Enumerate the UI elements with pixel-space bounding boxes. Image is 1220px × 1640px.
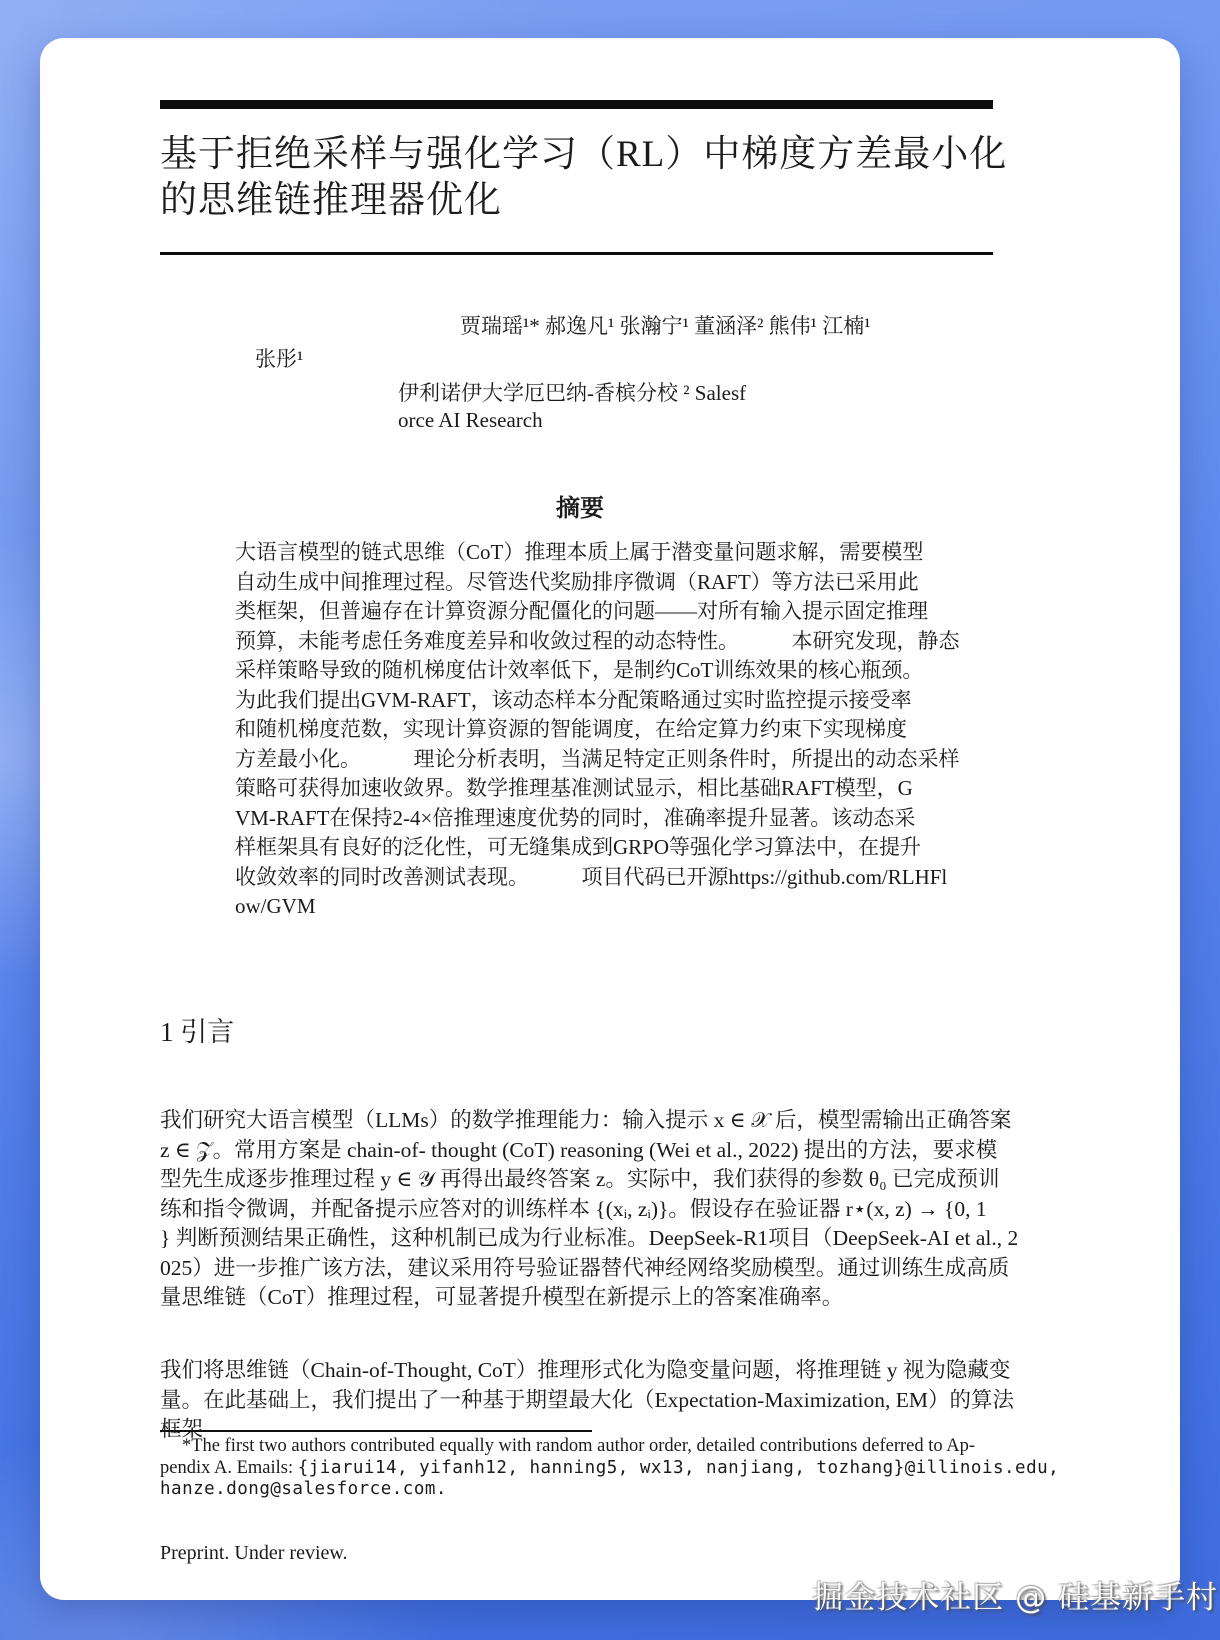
paper-page: 基于拒绝采样与强化学习（RL）中梯度方差最小化 的思维链推理器优化 贾瑞瑶¹* …: [40, 38, 1180, 1600]
intro-paragraph-line: 练和指令微调，并配备提示应答对的训练样本 {(xᵢ, zᵢ)}。假设存在验证器 …: [160, 1195, 1040, 1225]
intro-paragraph-1: 我们研究大语言模型（LLMs）的数学推理能力：输入提示 x ∈ 𝒳 后，模型需输…: [160, 1106, 1040, 1313]
footnote-rule: [160, 1430, 592, 1432]
intro-paragraph-line: 025）进一步推广该方法，建议采用符号验证器替代神经网络奖励模型。通过训练生成高…: [160, 1254, 1040, 1284]
abstract-line: 大语言模型的链式思维（CoT）推理本质上属于潜变量问题求解，需要模型: [235, 538, 935, 568]
title-rule-bottom: [160, 252, 993, 255]
intro-paragraph-line: 量。在此基础上，我们提出了一种基于期望最大化（Expectation-Maxim…: [160, 1386, 1040, 1416]
abstract-line: 方差最小化。 理论分析表明，当满足特定正则条件时，所提出的动态采样: [235, 745, 935, 775]
abstract-line: 自动生成中间推理过程。尽管迭代奖励排序微调（RAFT）等方法已采用此: [235, 568, 935, 598]
abstract-line: 样框架具有良好的泛化性，可无缝集成到GRPO等强化学习算法中，在提升: [235, 833, 935, 863]
paper-content: 基于拒绝采样与强化学习（RL）中梯度方差最小化 的思维链推理器优化 贾瑞瑶¹* …: [160, 38, 1120, 1600]
abstract-line: 策略可获得加速收敛界。数学推理基准测试显示，相比基础RAFT模型，G: [235, 774, 935, 804]
footnote-line1: *The first two authors contributed equal…: [160, 1436, 1040, 1458]
footnote: *The first two authors contributed equal…: [160, 1436, 1040, 1501]
footnote-line2-emails: {jiarui14, yifanh12, hanning5, wx13, nan…: [298, 1458, 1059, 1478]
abstract-line: 和随机梯度范数，实现计算资源的智能调度，在给定算力约束下实现梯度: [235, 715, 935, 745]
paper-title: 基于拒绝采样与强化学习（RL）中梯度方差最小化 的思维链推理器优化: [160, 132, 1020, 224]
abstract-line: 为此我们提出GVM-RAFT，该动态样本分配策略通过实时监控提示接受率: [235, 686, 935, 716]
abstract-line: 收敛效率的同时改善测试表现。 项目代码已开源https://github.com…: [235, 863, 935, 893]
intro-paragraph-line: 型先生成逐步推理过程 y ∈ 𝒴 再得出最终答案 z。实际中，我们获得的参数 θ…: [160, 1165, 1040, 1195]
footnote-line2-prefix: pendix A. Emails:: [160, 1458, 298, 1478]
abstract-line: VM-RAFT在保持2-4×倍推理速度优势的同时，准确率提升显著。该动态采: [235, 804, 935, 834]
paper-title-line2: 的思维链推理器优化: [160, 178, 1020, 224]
intro-paragraph-line: 我们研究大语言模型（LLMs）的数学推理能力：输入提示 x ∈ 𝒳 后，模型需输…: [160, 1106, 1040, 1136]
abstract-heading: 摘要: [235, 488, 925, 523]
title-rule-top: [160, 100, 993, 109]
abstract-line: 预算，未能考虑任务难度差异和收敛过程的动态特性。 本研究发现，静态: [235, 627, 935, 657]
preprint-status-text: Preprint. Under review.: [160, 1542, 348, 1565]
affiliation-line2: orce AI Research: [398, 407, 746, 434]
affiliation: 伊利诺伊大学厄巴纳-香槟分校 ² Salesf orce AI Research: [398, 380, 746, 434]
intro-paragraph-line: } 判断预测结果正确性，这种机制已成为行业标准。DeepSeek-R1项目（De…: [160, 1224, 1040, 1254]
screenshot-root: { "colors": { "background_top": "#7da0f2…: [0, 0, 1220, 1640]
footnote-line2: pendix A. Emails: {jiarui14, yifanh12, h…: [160, 1458, 1040, 1480]
intro-paragraph-line: 我们将思维链（Chain-of-Thought, CoT）推理形式化为隐变量问题…: [160, 1356, 1040, 1386]
intro-paragraph-line: z ∈ 𝒵。常用方案是 chain-of- thought (CoT) reas…: [160, 1136, 1040, 1166]
authors-line2: 张彤¹: [255, 343, 303, 373]
section-heading-introduction: 1 引言: [160, 1010, 234, 1049]
watermark-text: 掘金技术社区 @ 硅基新手村: [812, 1572, 1218, 1617]
intro-paragraph-line: 量思维链（CoT）推理过程，可显著提升模型在新提示上的答案准确率。: [160, 1283, 1040, 1313]
paper-title-line1: 基于拒绝采样与强化学习（RL）中梯度方差最小化: [160, 132, 1020, 178]
authors-line1: 贾瑞瑶¹* 郝逸凡¹ 张瀚宁¹ 董涵泽² 熊伟¹ 江楠¹: [460, 310, 871, 340]
abstract-line: ow/GVM: [235, 892, 935, 922]
abstract-body: 大语言模型的链式思维（CoT）推理本质上属于潜变量问题求解，需要模型自动生成中间…: [235, 538, 935, 922]
abstract-line: 采样策略导致的随机梯度估计效率低下，是制约CoT训练效果的核心瓶颈。: [235, 656, 935, 686]
abstract-line: 类框架，但普遍存在计算资源分配僵化的问题——对所有输入提示固定推理: [235, 597, 935, 627]
footnote-line3-email: hanze.dong@salesforce.com.: [160, 1479, 1040, 1501]
affiliation-line1: 伊利诺伊大学厄巴纳-香槟分校 ² Salesf: [398, 380, 746, 407]
